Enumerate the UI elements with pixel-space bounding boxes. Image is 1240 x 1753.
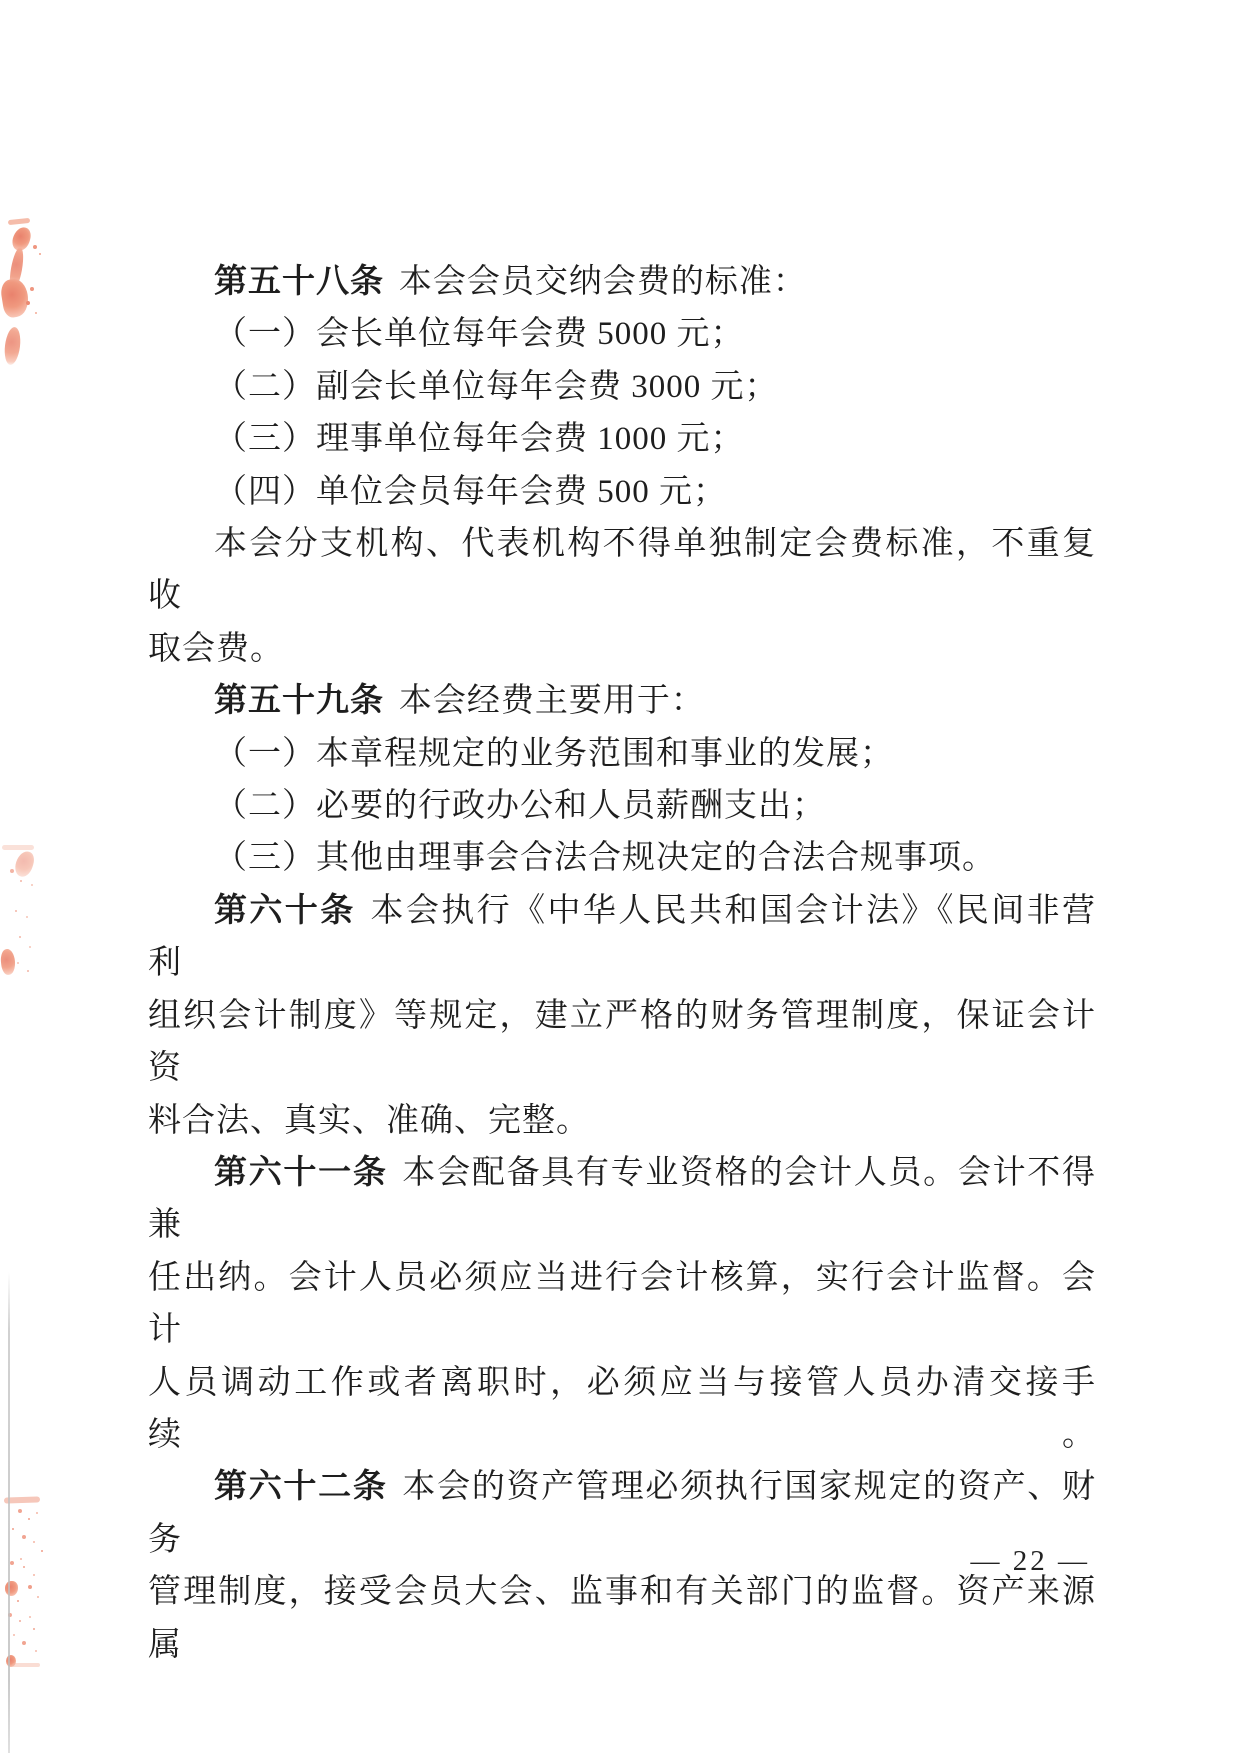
line-text: 取会费。 [148,631,284,667]
line-text: （三）理事单位每年会费 1000 元； [214,421,745,457]
line-text: 本会会员交纳会费的标准： [399,264,807,300]
line-text: 管理制度，接受会员大会、监事和有关部门的监督。资产来源属 [148,1574,1096,1662]
page-number: — 22 — [971,1545,1091,1578]
article-number: 第六十二条 [214,1469,388,1505]
text-line: 本会分支机构、代表机构不得单独制定会费标准，不重复收 [148,518,1096,623]
text-line: 取会费。 [148,623,1096,675]
line-text: 本会经费主要用于： [399,683,705,719]
text-line: 组织会计制度》等规定，建立严格的财务管理制度，保证会计资 [148,990,1096,1095]
line-text: （二）必要的行政办公和人员薪酬支出； [214,788,826,824]
scan-edge-line [8,1272,10,1753]
text-line: 管理制度，接受会员大会、监事和有关部门的监督。资产来源属 [148,1566,1096,1671]
stamp-speckles [33,245,37,249]
text-line: 第六十一条本会配备具有专业资格的会计人员。会计不得兼 [148,1147,1096,1252]
line-text: 人员调动工作或者离职时，必须应当与接管人员办清交接手续。 [148,1365,1096,1453]
article-number: 第六十条 [214,893,356,929]
stamp-mark [12,1663,40,1667]
line-text: 料合法、真实、准确、完整。 [148,1103,590,1139]
text-line: 料合法、真实、准确、完整。 [148,1095,1096,1147]
stamp-mark [12,849,36,879]
line-text: 组织会计制度》等规定，建立严格的财务管理制度，保证会计资 [148,998,1096,1086]
line-text: （三）其他由理事会合法合规决定的合法合规事项。 [214,840,996,876]
text-line: （一）会长单位每年会费 5000 元； [148,308,1096,360]
line-text: （一）本章程规定的业务范围和事业的发展； [214,736,894,772]
line-text: （四）单位会员每年会费 500 元； [214,474,727,510]
text-line: 第六十二条本会的资产管理必须执行国家规定的资产、财务 [148,1461,1096,1566]
stamp-speckles [30,287,34,291]
text-line: （一）本章程规定的业务范围和事业的发展； [148,728,1096,780]
article-number: 第五十九条 [214,683,384,719]
text-line: （三）其他由理事会合法合规决定的合法合规事项。 [148,832,1096,884]
article-number: 第六十一条 [214,1155,388,1191]
red-stamp-artifact-middle [0,843,55,988]
stamp-mark [7,246,25,291]
line-text: （二）副会长单位每年会费 3000 元； [214,369,779,405]
article-number: 第五十八条 [214,264,384,300]
stamp-speckles [18,1509,22,1513]
text-line: （二）必要的行政办公和人员薪酬支出； [148,780,1096,832]
stamp-mark [5,1581,18,1596]
stamp-mark [8,218,30,225]
line-text: 任出纳。会计人员必须应当进行会计核算，实行会计监督。会计 [148,1260,1096,1348]
stamp-mark [0,948,16,975]
text-line: 第五十九条本会经费主要用于： [148,675,1096,727]
stamp-mark [0,277,31,319]
text-line: 任出纳。会计人员必须应当进行会计核算，实行会计监督。会计 [148,1252,1096,1357]
red-stamp-artifact-top [0,215,55,375]
text-line: （二）副会长单位每年会费 3000 元； [148,361,1096,413]
text-line: 人员调动工作或者离职时，必须应当与接管人员办清交接手续。 [148,1357,1096,1462]
stamp-speckles [10,1561,14,1565]
stamp-mark [10,225,32,252]
text-line: 第五十八条本会会员交纳会费的标准： [148,256,1096,308]
text-line: 第六十条本会执行《中华人民共和国会计法》《民间非营利 [148,885,1096,990]
scanned-document-page: 第五十八条本会会员交纳会费的标准： （一）会长单位每年会费 5000 元； （二… [0,0,1240,1753]
line-text: （一）会长单位每年会费 5000 元； [214,316,745,352]
text-line: （三）理事单位每年会费 1000 元； [148,413,1096,465]
article-text-block: 第五十八条本会会员交纳会费的标准： （一）会长单位每年会费 5000 元； （二… [148,256,1096,1671]
line-text: 本会分支机构、代表机构不得单独制定会费标准，不重复收 [148,526,1096,614]
stamp-speckles [10,869,14,873]
text-line: （四）单位会员每年会费 500 元； [148,466,1096,518]
stamp-mark [3,326,23,366]
stamp-mark [2,845,34,850]
